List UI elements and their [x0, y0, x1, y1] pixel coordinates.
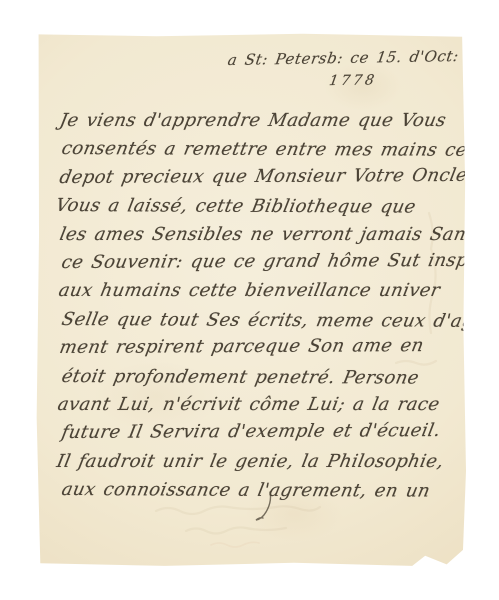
letter-line: avant Lui, n'écrivit côme Lui; a la race — [55, 391, 461, 419]
photo-background: a St: Petersb: ce 15. d'Oct: 1778 Je vie… — [0, 0, 499, 600]
flourish-mark — [246, 488, 286, 528]
letter-body: Je viens d'apprendre Madame que Vous con… — [57, 107, 455, 505]
letter-line: les ames Sensibles ne verront jamais San… — [57, 221, 461, 249]
letter-line: consentés a remettre entre mes mains ce — [59, 135, 460, 165]
letter-line: future Il Servira d'exemple et d'écueil. — [59, 417, 461, 447]
letter-line: aux humains cette bienveillance univer — [56, 277, 461, 305]
letter-line: ment respirent parceque Son ame en — [57, 332, 461, 362]
letter-line: Je viens d'apprendre Madame que Vous — [57, 107, 461, 135]
letter-line: étoit profondement penetré. Persone — [59, 363, 460, 393]
dateline: a St: Petersb: ce 15. d'Oct: 1778 — [223, 47, 460, 91]
letter-line: ce Souvenir: que ce grand hôme Sut inspi… — [59, 247, 461, 277]
dateline-place-date: a St: Petersb: ce 15. d'Oct: — [226, 47, 460, 69]
dateline-year: 1778 — [223, 72, 378, 91]
letter-line: Vous a laissé, cette Bibliotheque que — [53, 192, 460, 222]
letter-paper: a St: Petersb: ce 15. d'Oct: 1778 Je vie… — [36, 33, 466, 567]
letter-line: Il faudroit unir le genie, la Philosophi… — [54, 448, 461, 476]
letter-line: depot precieux que Monsieur Votre Oncle — [57, 162, 461, 192]
